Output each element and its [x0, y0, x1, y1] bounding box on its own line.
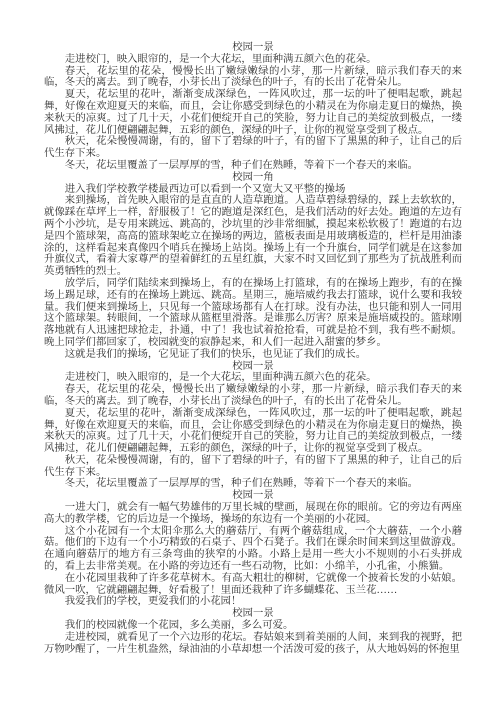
paragraph: 这个小花园有一个太阳伞那么大的蘑菇厅，有两个蘑菇组成，一个大蘑菇，一个小蘑菇。他…: [44, 526, 462, 573]
paragraph: 一进大门，就会有一幅气势雄伟的万里长城的壁画，展现在你的眼前。它的旁边有两座高大…: [44, 502, 462, 526]
essay-section: 校园一角进入我们学校教学楼最西边可以看到一个又宽大又平整的操场来到操场，首先映入…: [44, 172, 462, 361]
paragraph: 夏天，花坛里的花叶，渐渐变成深绿色，一阵风吹过，那一坛的叶了便唱起歌，跳起舞，好…: [44, 408, 462, 455]
essay-section: 校园一景走进校门，映入眼帘的，是一个大花坛，里面种满五颜六色的花朵。春天，花坛里…: [44, 42, 462, 172]
paragraph: 夏天，花坛里的花叶，渐渐变成深绿色，一阵风吹过，那一坛的叶了便唱起歌，跳起舞，好…: [44, 89, 462, 136]
essay-section: 校园一景一进大门，就会有一幅气势雄伟的万里长城的壁画，展现在你的眼前。它的旁边有…: [44, 490, 462, 608]
paragraph: 冬天，花坛里覆盖了一层厚厚的雪，种子们在熟睡，等着下一个春天的来临。: [44, 160, 462, 172]
section-title: 校园一景: [44, 42, 462, 54]
section-title: 校园一角: [44, 172, 462, 184]
paragraph: 我们的校园就像一个花园，多么美丽，多么可爱。: [44, 620, 462, 632]
paragraph: 春天，花坛里的花朵，慢慢长出了嫩绿嫩绿的小芽，那一片新绿，暗示我们春天的来临，冬…: [44, 66, 462, 90]
paragraph: 走进校园，就看见了一个六边形的花坛。春姑娘来到着美丽的人间，来到我的视野，把万物…: [44, 632, 462, 656]
essay-document: 校园一景走进校门，映入眼帘的，是一个大花坛，里面种满五颜六色的花朵。春天，花坛里…: [44, 42, 462, 655]
section-title: 校园一景: [44, 490, 462, 502]
essay-section: 校园一景走进校门，映入眼帘的，是一个大花坛，里面种满五颜六色的花朵。春天，花坛里…: [44, 361, 462, 491]
essay-section: 校园一景我们的校园就像一个花园，多么美丽，多么可爱。走进校园，就看见了一个六边形…: [44, 608, 462, 655]
paragraph: 走进校门，映入眼帘的，是一个大花坛，里面种满五颜六色的花朵。: [44, 372, 462, 384]
paragraph: 走进校门，映入眼帘的，是一个大花坛，里面种满五颜六色的花朵。: [44, 54, 462, 66]
document-page: 校园一景走进校门，映入眼帘的，是一个大花坛，里面种满五颜六色的花朵。春天，花坛里…: [0, 0, 500, 707]
paragraph: 这就是我们的操场，它见证了我们的快乐，也见证了我们的成长。: [44, 349, 462, 361]
paragraph: 来到操场，首先映入眼帘的是直直的人造草跑道。人造草碧绿碧绿的，踩上去软软的，就像…: [44, 195, 462, 278]
paragraph: 进入我们学校教学楼最西边可以看到一个又宽大又平整的操场: [44, 184, 462, 196]
paragraph: 我爱我们的学校，更爱我们的小花园！: [44, 596, 462, 608]
paragraph: 春天，花坛里的花朵，慢慢长出了嫩绿嫩绿的小芽，那一片新绿，暗示我们春天的来临，冬…: [44, 384, 462, 408]
paragraph: 秋天，花朵慢慢凋谢，有的，留下了碧绿的叶子，有的留下了黑黑的种子，让自己的后代生…: [44, 136, 462, 160]
section-title: 校园一景: [44, 608, 462, 620]
section-title: 校园一景: [44, 361, 462, 373]
paragraph: 在小花园里栽种了许多花草树木。有高大粗壮的柳树，它就像一个披着长发的小姑娘。微风…: [44, 573, 462, 597]
paragraph: 冬天，花坛里覆盖了一层厚厚的雪，种子们在熟睡，等着下一个春天的来临。: [44, 478, 462, 490]
paragraph: 秋天，花朵慢慢凋谢，有的，留下了碧绿的叶子，有的留下了黑黑的种子，让自己的后代生…: [44, 455, 462, 479]
paragraph: 放学后，同学们陆续来到操场上，有的在操场上打篮球，有的在操场上跑步，有的在操场上…: [44, 278, 462, 349]
